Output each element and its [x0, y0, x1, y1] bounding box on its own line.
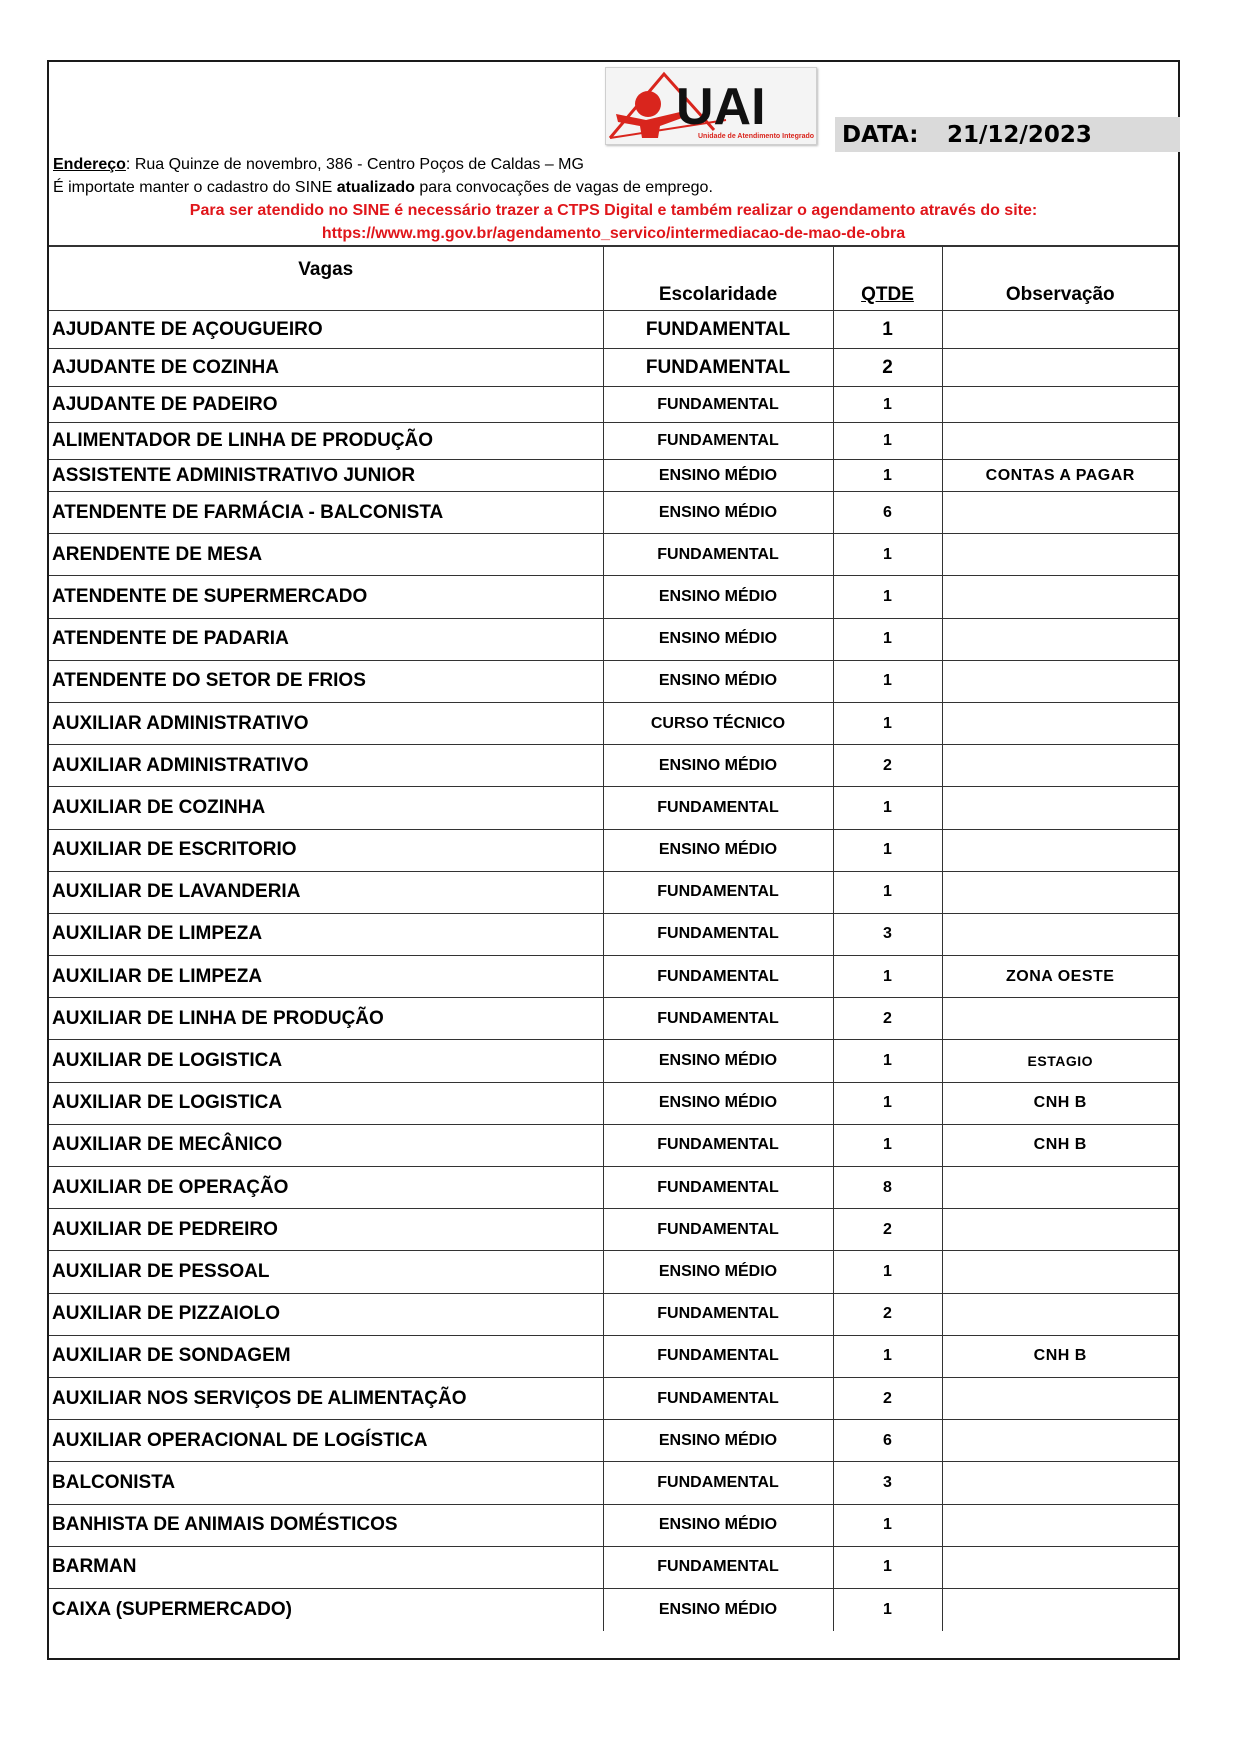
address-text: : Rua Quinze de novembro, 386 - Centro P…: [126, 156, 584, 173]
table-row: AUXILIAR DE MECÂNICOFUNDAMENTAL1CNH B: [49, 1124, 1178, 1166]
table-row: ATENDENTE DE PADARIAENSINO MÉDIO1: [49, 618, 1178, 660]
job-listing-sheet: UAI Unidade de Atendimento Integrado DAT…: [47, 60, 1180, 1660]
qtde-cell: 1: [833, 829, 942, 871]
qtde-cell: 2: [833, 1377, 942, 1419]
escolaridade-cell: ENSINO MÉDIO: [603, 1082, 833, 1124]
qtde-cell: 6: [833, 492, 942, 534]
address-line: Endereço: Rua Quinze de novembro, 386 - …: [53, 156, 584, 174]
observacao-cell: [942, 1251, 1178, 1293]
table-row: CAIXA (SUPERMERCADO)ENSINO MÉDIO1: [49, 1588, 1178, 1630]
table-row: ATENDENTE DO SETOR DE FRIOSENSINO MÉDIO1: [49, 660, 1178, 702]
escolaridade-cell: FUNDAMENTAL: [603, 998, 833, 1040]
observacao-cell: [942, 829, 1178, 871]
qtde-cell: 1: [833, 1040, 942, 1082]
vaga-cell: AUXILIAR DE PEDREIRO: [49, 1209, 603, 1251]
observacao-cell: [942, 1546, 1178, 1588]
escolaridade-cell: ENSINO MÉDIO: [603, 1420, 833, 1462]
observacao-cell: [942, 534, 1178, 576]
table-row: AUXILIAR DE OPERAÇÃOFUNDAMENTAL8: [49, 1167, 1178, 1209]
observacao-cell: [942, 913, 1178, 955]
escolaridade-cell: ENSINO MÉDIO: [603, 576, 833, 618]
vaga-cell: BARMAN: [49, 1546, 603, 1588]
table-row: AUXILIAR DE SONDAGEMFUNDAMENTAL1CNH B: [49, 1335, 1178, 1377]
qtde-cell: 1: [833, 576, 942, 618]
escolaridade-cell: CURSO TÉCNICO: [603, 702, 833, 744]
table-row: AJUDANTE DE COZINHAFUNDAMENTAL2: [49, 349, 1178, 387]
observacao-cell: [942, 349, 1178, 387]
escolaridade-cell: ENSINO MÉDIO: [603, 618, 833, 660]
escolaridade-cell: ENSINO MÉDIO: [603, 492, 833, 534]
table-row: AUXILIAR ADMINISTRATIVOCURSO TÉCNICO1: [49, 702, 1178, 744]
escolaridade-cell: FUNDAMENTAL: [603, 349, 833, 387]
table-row: AUXILIAR DE PESSOALENSINO MÉDIO1: [49, 1251, 1178, 1293]
table-row: AUXILIAR DE ESCRITORIOENSINO MÉDIO1: [49, 829, 1178, 871]
table-row: BANHISTA DE ANIMAIS DOMÉSTICOSENSINO MÉD…: [49, 1504, 1178, 1546]
table-row: AUXILIAR DE LIMPEZAFUNDAMENTAL1ZONA OEST…: [49, 956, 1178, 998]
vaga-cell: AUXILIAR DE MECÂNICO: [49, 1124, 603, 1166]
uai-logo-icon: UAI Unidade de Atendimento Integrado: [606, 68, 816, 144]
observacao-cell: CNH B: [942, 1082, 1178, 1124]
qtde-cell: 1: [833, 871, 942, 913]
escolaridade-cell: FUNDAMENTAL: [603, 787, 833, 829]
table-row: ARENDENTE DE MESAFUNDAMENTAL1: [49, 534, 1178, 576]
escolaridade-cell: FUNDAMENTAL: [603, 913, 833, 955]
observacao-cell: [942, 702, 1178, 744]
observacao-cell: ZONA OESTE: [942, 956, 1178, 998]
escolaridade-cell: FUNDAMENTAL: [603, 1124, 833, 1166]
qtde-cell: 1: [833, 1251, 942, 1293]
observacao-cell: [942, 1293, 1178, 1335]
table-header-row: Vagas Escolaridade QTDE Observação: [49, 246, 1178, 311]
column-header-vagas: Vagas: [49, 246, 603, 311]
date-box: DATA: 21/12/2023: [835, 117, 1180, 152]
jobs-table: Vagas Escolaridade QTDE Observação AJUDA…: [49, 245, 1178, 1631]
qtde-cell: 2: [833, 349, 942, 387]
vaga-cell: ATENDENTE DO SETOR DE FRIOS: [49, 660, 603, 702]
escolaridade-cell: FUNDAMENTAL: [603, 871, 833, 913]
table-row: AUXILIAR DE LOGISTICAENSINO MÉDIO1CNH B: [49, 1082, 1178, 1124]
table-row: BARMANFUNDAMENTAL1: [49, 1546, 1178, 1588]
observacao-cell: [942, 492, 1178, 534]
observacao-cell: [942, 1167, 1178, 1209]
uai-logo: UAI Unidade de Atendimento Integrado: [605, 67, 817, 145]
table-row: ASSISTENTE ADMINISTRATIVO JUNIORENSINO M…: [49, 460, 1178, 492]
qtde-cell: 1: [833, 618, 942, 660]
observacao-cell: [942, 387, 1178, 423]
table-row: AUXILIAR DE LOGISTICAENSINO MÉDIO1ESTAGI…: [49, 1040, 1178, 1082]
vaga-cell: AJUDANTE DE COZINHA: [49, 349, 603, 387]
qtde-cell: 1: [833, 787, 942, 829]
table-row: AUXILIAR DE LAVANDERIAFUNDAMENTAL1: [49, 871, 1178, 913]
qtde-cell: 2: [833, 1293, 942, 1335]
qtde-cell: 1: [833, 1335, 942, 1377]
table-row: AUXILIAR OPERACIONAL DE LOGÍSTICAENSINO …: [49, 1420, 1178, 1462]
escolaridade-cell: FUNDAMENTAL: [603, 956, 833, 998]
qtde-cell: 1: [833, 660, 942, 702]
vaga-cell: AJUDANTE DE AÇOUGUEIRO: [49, 311, 603, 349]
table-row: AUXILIAR DE LIMPEZAFUNDAMENTAL3: [49, 913, 1178, 955]
vaga-cell: AUXILIAR DE PESSOAL: [49, 1251, 603, 1293]
qtde-cell: 1: [833, 423, 942, 460]
observacao-cell: [942, 871, 1178, 913]
table-row: BALCONISTAFUNDAMENTAL3: [49, 1462, 1178, 1504]
observacao-cell: [942, 660, 1178, 702]
vaga-cell: AUXILIAR ADMINISTRATIVO: [49, 745, 603, 787]
observacao-cell: [942, 1588, 1178, 1630]
vaga-cell: AUXILIAR DE COZINHA: [49, 787, 603, 829]
qtde-cell: 3: [833, 1462, 942, 1504]
qtde-cell: 1: [833, 956, 942, 998]
qtde-cell: 1: [833, 534, 942, 576]
escolaridade-cell: FUNDAMENTAL: [603, 1377, 833, 1419]
observacao-cell: CNH B: [942, 1335, 1178, 1377]
qtde-cell: 1: [833, 1082, 942, 1124]
observacao-cell: ESTAGIO: [942, 1040, 1178, 1082]
escolaridade-cell: FUNDAMENTAL: [603, 534, 833, 576]
vaga-cell: ATENDENTE DE FARMÁCIA - BALCONISTA: [49, 492, 603, 534]
column-header-qtde: QTDE: [833, 246, 942, 311]
escolaridade-cell: ENSINO MÉDIO: [603, 1040, 833, 1082]
table-row: AJUDANTE DE PADEIROFUNDAMENTAL1: [49, 387, 1178, 423]
escolaridade-cell: FUNDAMENTAL: [603, 1335, 833, 1377]
svg-text:Unidade de Atendimento Integra: Unidade de Atendimento Integrado: [698, 133, 814, 140]
vaga-cell: BALCONISTA: [49, 1462, 603, 1504]
vaga-cell: ASSISTENTE ADMINISTRATIVO JUNIOR: [49, 460, 603, 492]
vaga-cell: AUXILIAR DE ESCRITORIO: [49, 829, 603, 871]
observacao-cell: [942, 1504, 1178, 1546]
date-label: DATA:: [842, 122, 947, 148]
escolaridade-cell: ENSINO MÉDIO: [603, 1251, 833, 1293]
table-row: ATENDENTE DE SUPERMERCADOENSINO MÉDIO1: [49, 576, 1178, 618]
escolaridade-cell: FUNDAMENTAL: [603, 1293, 833, 1335]
qtde-cell: 1: [833, 1588, 942, 1630]
observacao-cell: [942, 1420, 1178, 1462]
escolaridade-cell: FUNDAMENTAL: [603, 1209, 833, 1251]
table-row: AUXILIAR DE COZINHAFUNDAMENTAL1: [49, 787, 1178, 829]
date-value: 21/12/2023: [947, 122, 1092, 148]
escolaridade-cell: ENSINO MÉDIO: [603, 660, 833, 702]
escolaridade-cell: ENSINO MÉDIO: [603, 1504, 833, 1546]
svg-text:UAI: UAI: [676, 78, 766, 136]
qtde-cell: 2: [833, 745, 942, 787]
qtde-cell: 2: [833, 1209, 942, 1251]
vaga-cell: ALIMENTADOR DE LINHA DE PRODUÇÃO: [49, 423, 603, 460]
escolaridade-cell: ENSINO MÉDIO: [603, 460, 833, 492]
table-row: ATENDENTE DE FARMÁCIA - BALCONISTAENSINO…: [49, 492, 1178, 534]
vaga-cell: CAIXA (SUPERMERCADO): [49, 1588, 603, 1630]
qtde-cell: 1: [833, 1546, 942, 1588]
qtde-cell: 8: [833, 1167, 942, 1209]
column-header-escolaridade: Escolaridade: [603, 246, 833, 311]
qtde-cell: 2: [833, 998, 942, 1040]
vaga-cell: BANHISTA DE ANIMAIS DOMÉSTICOS: [49, 1504, 603, 1546]
observacao-cell: CNH B: [942, 1124, 1178, 1166]
vaga-cell: ARENDENTE DE MESA: [49, 534, 603, 576]
escolaridade-cell: FUNDAMENTAL: [603, 423, 833, 460]
vaga-cell: ATENDENTE DE SUPERMERCADO: [49, 576, 603, 618]
vaga-cell: AUXILIAR DE LINHA DE PRODUÇÃO: [49, 998, 603, 1040]
vaga-cell: AUXILIAR DE LOGISTICA: [49, 1082, 603, 1124]
qtde-cell: 3: [833, 913, 942, 955]
vaga-cell: AUXILIAR DE LIMPEZA: [49, 956, 603, 998]
escolaridade-cell: ENSINO MÉDIO: [603, 829, 833, 871]
escolaridade-cell: FUNDAMENTAL: [603, 311, 833, 349]
observacao-cell: [942, 1377, 1178, 1419]
scheduling-url-link[interactable]: https://www.mg.gov.br/agendamento_servic…: [49, 225, 1178, 243]
escolaridade-cell: ENSINO MÉDIO: [603, 1588, 833, 1630]
registration-notice: É importate manter o cadastro do SINE at…: [53, 179, 713, 197]
table-row: AUXILIAR DE LINHA DE PRODUÇÃOFUNDAMENTAL…: [49, 998, 1178, 1040]
vaga-cell: AUXILIAR DE PIZZAIOLO: [49, 1293, 603, 1335]
table-row: AUXILIAR NOS SERVIÇOS DE ALIMENTAÇÃOFUND…: [49, 1377, 1178, 1419]
warning-line: Para ser atendido no SINE é necessário t…: [49, 202, 1178, 220]
observacao-cell: [942, 618, 1178, 660]
vaga-cell: AUXILIAR NOS SERVIÇOS DE ALIMENTAÇÃO: [49, 1377, 603, 1419]
escolaridade-cell: FUNDAMENTAL: [603, 1462, 833, 1504]
observacao-cell: [942, 423, 1178, 460]
vaga-cell: AUXILIAR DE LOGISTICA: [49, 1040, 603, 1082]
escolaridade-cell: FUNDAMENTAL: [603, 1167, 833, 1209]
qtde-cell: 1: [833, 702, 942, 744]
table-row: AJUDANTE DE AÇOUGUEIROFUNDAMENTAL1: [49, 311, 1178, 349]
qtde-cell: 6: [833, 1420, 942, 1462]
column-header-observacao: Observação: [942, 246, 1178, 311]
observacao-cell: [942, 745, 1178, 787]
qtde-cell: 1: [833, 1504, 942, 1546]
observacao-cell: [942, 576, 1178, 618]
vaga-cell: AUXILIAR OPERACIONAL DE LOGÍSTICA: [49, 1420, 603, 1462]
qtde-cell: 1: [833, 460, 942, 492]
table-row: AUXILIAR ADMINISTRATIVOENSINO MÉDIO2: [49, 745, 1178, 787]
escolaridade-cell: FUNDAMENTAL: [603, 1546, 833, 1588]
table-row: AUXILIAR DE PEDREIROFUNDAMENTAL2: [49, 1209, 1178, 1251]
address-label: Endereço: [53, 156, 126, 173]
vaga-cell: AUXILIAR ADMINISTRATIVO: [49, 702, 603, 744]
vaga-cell: ATENDENTE DE PADARIA: [49, 618, 603, 660]
vaga-cell: AUXILIAR DE OPERAÇÃO: [49, 1167, 603, 1209]
qtde-cell: 1: [833, 387, 942, 423]
observacao-cell: [942, 311, 1178, 349]
qtde-cell: 1: [833, 311, 942, 349]
observacao-cell: CONTAS A PAGAR: [942, 460, 1178, 492]
vaga-cell: AUXILIAR DE SONDAGEM: [49, 1335, 603, 1377]
observacao-cell: [942, 787, 1178, 829]
observacao-cell: [942, 998, 1178, 1040]
observacao-cell: [942, 1462, 1178, 1504]
escolaridade-cell: ENSINO MÉDIO: [603, 745, 833, 787]
vaga-cell: AUXILIAR DE LAVANDERIA: [49, 871, 603, 913]
vaga-cell: AJUDANTE DE PADEIRO: [49, 387, 603, 423]
table-row: ALIMENTADOR DE LINHA DE PRODUÇÃOFUNDAMEN…: [49, 423, 1178, 460]
qtde-cell: 1: [833, 1124, 942, 1166]
vaga-cell: AUXILIAR DE LIMPEZA: [49, 913, 603, 955]
table-row: AUXILIAR DE PIZZAIOLOFUNDAMENTAL2: [49, 1293, 1178, 1335]
escolaridade-cell: FUNDAMENTAL: [603, 387, 833, 423]
observacao-cell: [942, 1209, 1178, 1251]
